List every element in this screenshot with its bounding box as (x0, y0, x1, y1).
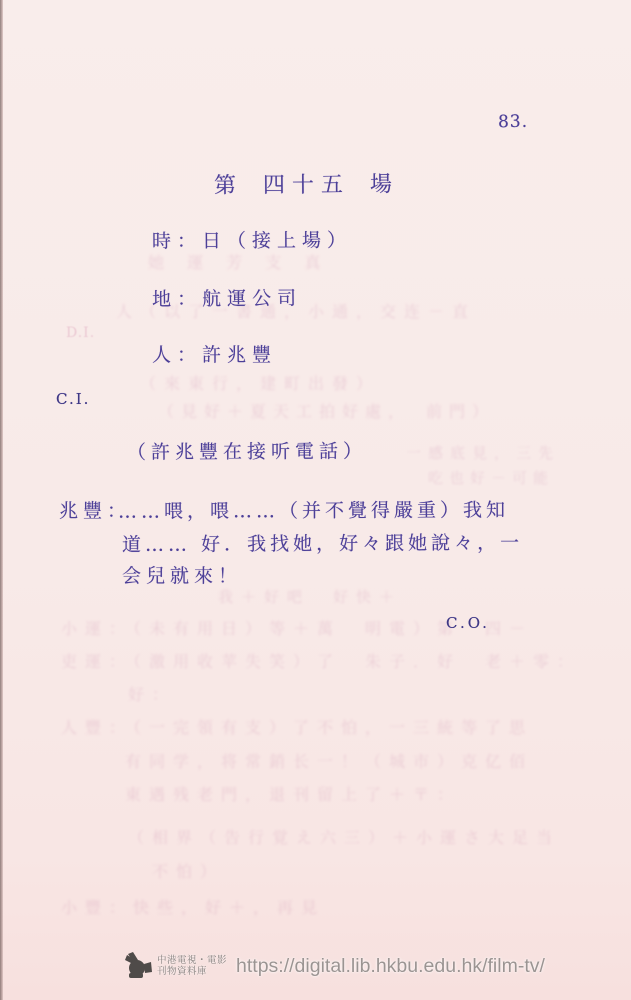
library-name-line1: 中港電視・電影 (157, 955, 227, 967)
page-number: 83. (498, 112, 528, 133)
scene-title: 第 四十五 場 (214, 167, 399, 199)
library-name-line2: 刊物資料庫 (157, 966, 227, 978)
dialogue-line: 会兒就來！ (122, 561, 242, 588)
scene-characters-line: 人：許兆豐 (152, 340, 277, 367)
library-name: 中港電視・電影 刊物資料庫 (157, 955, 227, 978)
bleed-through-line: 她 運 芳 支 真 (148, 250, 329, 273)
bleed-through-line: 東遇残老門，退刊留上了＋〒： (125, 782, 461, 805)
bleed-through-line: 一感底見，三先 (406, 442, 560, 463)
bleed-through-line: 我＋好吧 好快＋ (218, 586, 402, 607)
action-line: （許兆豐在接听電話） (127, 436, 367, 464)
bleed-through-line: （見好＋夏天工拍好處， 前門） (158, 399, 495, 422)
scene-time-line: 時：日（接上場） (152, 225, 352, 253)
cue-in-annotation: C.I. (56, 390, 90, 408)
bleed-through-line: （來東行，建町出發） (140, 371, 380, 394)
watermark-url: https://digital.lib.hkbu.edu.hk/film-tv/ (236, 955, 545, 978)
library-watermark: 中港電視・電影 刊物資料庫 https://digital.lib.hkbu.e… (123, 951, 545, 981)
bleed-through-line: （相界（告行覚え六三）＋小運さ大足当 (128, 825, 560, 848)
dialogue-line: ……喂，喂……（并不覺得嚴重）我知 (118, 495, 509, 523)
cue-out-annotation: C.O. (446, 614, 490, 632)
dialogue-line: 道…… 好．我找她，好々跟她說々，一 (122, 528, 523, 557)
bleed-through-line: 好： (128, 682, 176, 705)
bleed-through-line: 有同学，将常銷长一！（城市）克亿佰 (125, 749, 533, 772)
scene-location-line: 地：航運公司 (152, 283, 302, 311)
bleed-through-line: 人豐：（一完領有支）了不怕，一三統等了思 (61, 715, 533, 738)
page-left-edge (0, 0, 3, 1000)
bleed-through-line: 吏運：（激用收苹失笑）了 朱子．好 老＋零： (61, 649, 581, 672)
bleed-through-line: D.I. (66, 325, 95, 341)
bleed-through-line: 小豐：快些，好＋，再見 (61, 895, 325, 918)
film-camera-logo-icon (123, 951, 153, 981)
bleed-through-line: 吃也好－可能 (428, 467, 554, 488)
bleed-through-line: 不怕） (152, 859, 224, 882)
scanned-script-page: 她 運 芳 支 真人（以了一書通，小通，交连－直D.I.（來東行，建町出發）（見… (0, 0, 631, 1000)
